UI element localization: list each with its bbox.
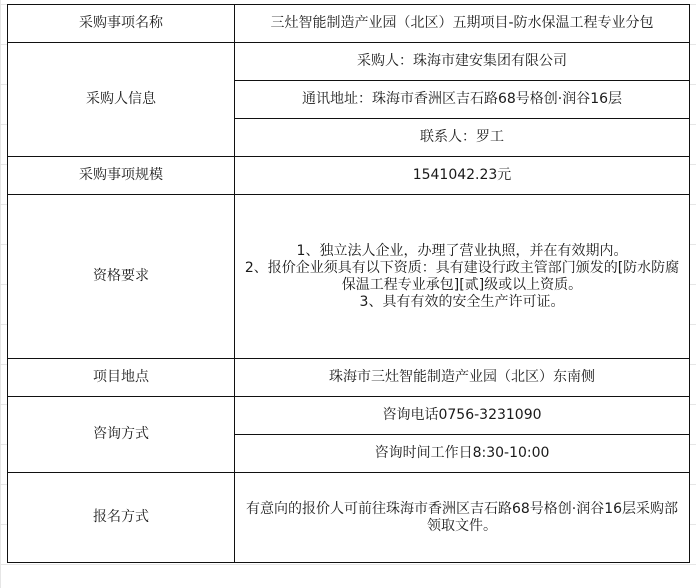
cell-label-consultation[interactable]: 咨询方式 bbox=[8, 397, 235, 473]
cell-registration[interactable]: 有意向的报价人可前往珠海市香洲区吉石路68号格创·润谷16层采购部领取文件。 bbox=[235, 473, 690, 563]
cell-label-scale[interactable]: 采购事项规模 bbox=[8, 157, 235, 195]
cell-contact[interactable]: 联系人：罗工 bbox=[235, 119, 690, 157]
cell-label-qualifications[interactable]: 资格要求 bbox=[8, 195, 235, 359]
cell-label-project-name[interactable]: 采购事项名称 bbox=[8, 5, 235, 43]
cell-project-name[interactable]: 三灶智能制造产业园（北区）五期项目-防水保温工程专业分包 bbox=[235, 5, 690, 43]
table-row-registration: 报名方式 有意向的报价人可前往珠海市香洲区吉石路68号格创·润谷16层采购部领取… bbox=[8, 473, 690, 563]
table-row-location: 项目地点 珠海市三灶智能制造产业园（北区）东南侧 bbox=[8, 359, 690, 397]
qualification-item-2: 2、报价企业须具有以下资质：具有建设行政主管部门颁发的[防水防腐保温工程专业承包… bbox=[239, 260, 685, 294]
table-row-project-name: 采购事项名称 三灶智能制造产业园（北区）五期项目-防水保温工程专业分包 bbox=[8, 5, 690, 43]
cell-consult-hours[interactable]: 咨询时间工作日8:30-10:00 bbox=[235, 435, 690, 473]
cell-label-registration[interactable]: 报名方式 bbox=[8, 473, 235, 563]
cell-purchaser[interactable]: 采购人：珠海市建安集团有限公司 bbox=[235, 43, 690, 81]
cell-label-purchaser-info[interactable]: 采购人信息 bbox=[8, 43, 235, 157]
table-row-scale: 采购事项规模 1541042.23元 bbox=[8, 157, 690, 195]
procurement-info-table: 采购事项名称 三灶智能制造产业园（北区）五期项目-防水保温工程专业分包 采购人信… bbox=[7, 4, 690, 563]
qualification-item-1: 1、独立法人企业，办理了营业执照，并在有效期内。 bbox=[239, 243, 685, 260]
table-row-qualifications: 资格要求 1、独立法人企业，办理了营业执照，并在有效期内。 2、报价企业须具有以… bbox=[8, 195, 690, 359]
cell-location[interactable]: 珠海市三灶智能制造产业园（北区）东南侧 bbox=[235, 359, 690, 397]
qualification-item-3: 3、具有有效的安全生产许可证。 bbox=[239, 294, 685, 311]
cell-label-location[interactable]: 项目地点 bbox=[8, 359, 235, 397]
cell-qualifications[interactable]: 1、独立法人企业，办理了营业执照，并在有效期内。 2、报价企业须具有以下资质：具… bbox=[235, 195, 690, 359]
table-row-consult-phone: 咨询方式 咨询电话0756-3231090 bbox=[8, 397, 690, 435]
cell-address[interactable]: 通讯地址：珠海市香洲区吉石路68号格创·润谷16层 bbox=[235, 81, 690, 119]
table-row-purchaser: 采购人信息 采购人：珠海市建安集团有限公司 bbox=[8, 43, 690, 81]
cell-scale[interactable]: 1541042.23元 bbox=[235, 157, 690, 195]
cell-consult-phone[interactable]: 咨询电话0756-3231090 bbox=[235, 397, 690, 435]
